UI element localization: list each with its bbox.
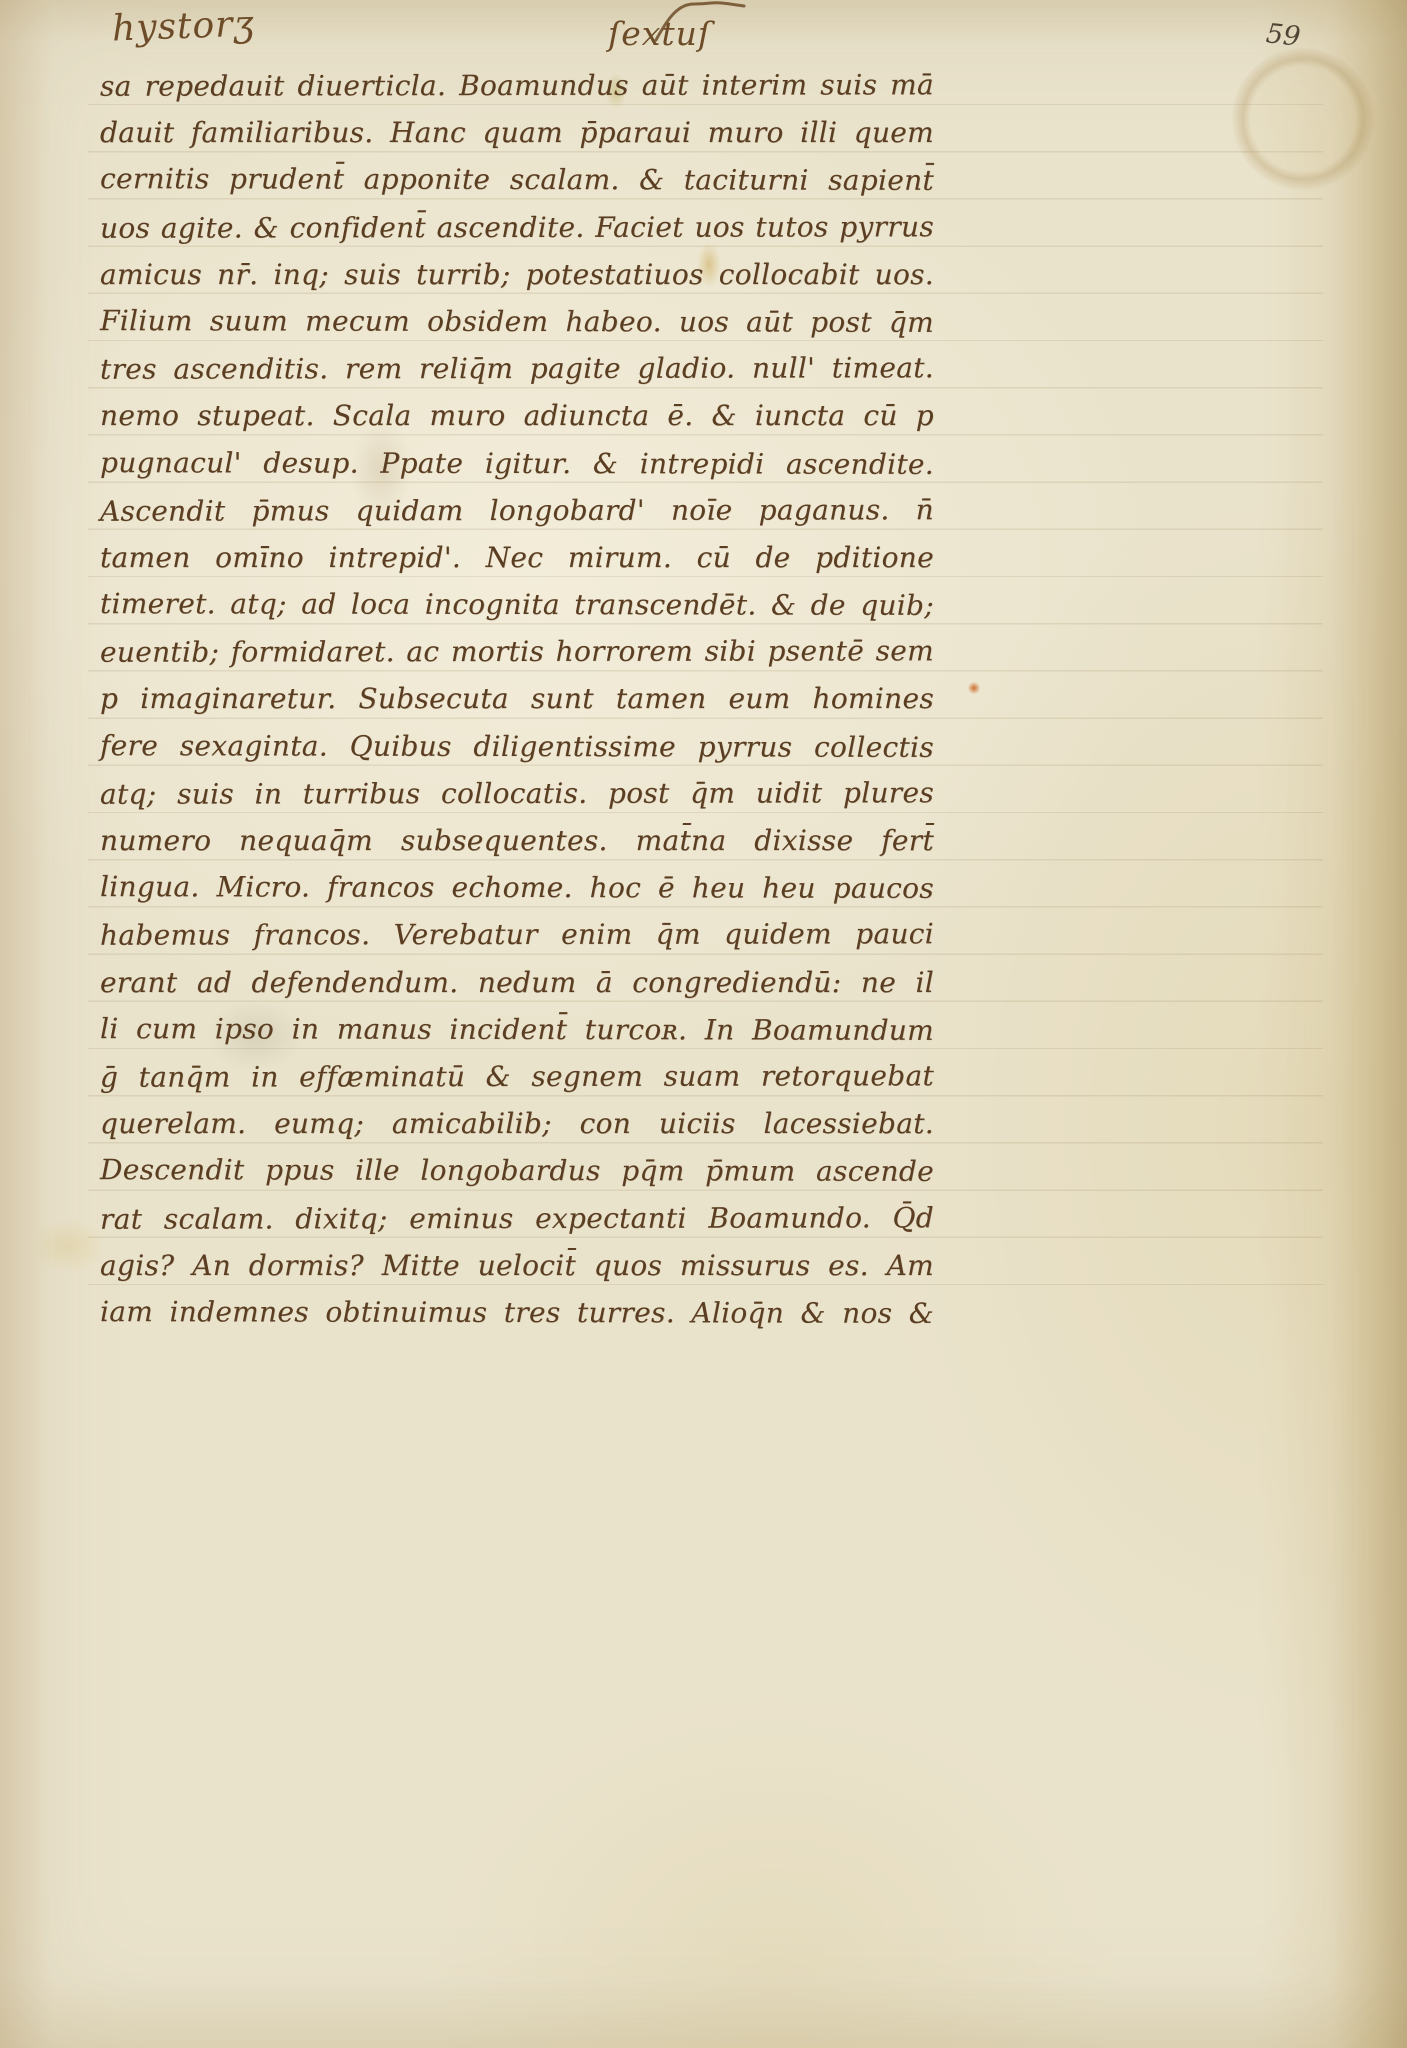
text-line: Descendit ppus ille longobardus pq̄m p̄m… [100,1146,934,1195]
text-block: sa repedauit diuerticla. Boamundus aūt i… [100,62,934,1336]
text-line: uos agite. & confident̄ ascendite. Facie… [100,203,934,252]
text-line: querelam. eumq; amicabilib; con uiciis l… [100,1100,934,1147]
orange-wax-spot [968,682,980,694]
text-line: pugnacul' desup. Ppate igitur. & intrepi… [100,439,934,488]
text-line: rat scalam. dixitq; eminus expectanti Bo… [100,1194,934,1243]
manuscript-page: hystorʒ ſextuſ 59 sa repedauit diuerticl… [0,0,1407,2048]
text-line: habemus francos. Verebatur enim q̄m quid… [100,911,934,960]
text-line: dauit familiaribus. Hanc quam p̄paraui m… [100,109,934,156]
text-line: erant ad defendendum. nedum ā congredien… [100,959,934,1006]
pen-flourish-icon [648,0,768,42]
text-line: numero nequaq̄m subsequentes. mat̄na dix… [100,817,934,864]
text-line: ḡ tanq̄m in effæminatū & segnem suam ret… [100,1052,934,1101]
text-line: agis? An dormis? Mitte uelocit̄ quos mis… [100,1242,934,1289]
text-line: fere sexaginta. Quibus diligentissime py… [100,722,934,771]
text-line: Ascendit p̄mus quidam longobard' noīe pa… [100,486,934,535]
yellow-stain [30,1218,106,1274]
text-line: sa repedauit diuerticla. Boamundus aūt i… [100,61,934,110]
ring-stain [1232,48,1374,190]
text-line: cernitis prudent̄ apponite scalam. & tac… [100,156,934,205]
text-line: amicus nr̄. inq; suis turrib; potestatiu… [100,251,934,298]
text-line: timeret. atq; ad loca incognita transcen… [100,580,934,629]
text-line: atq; suis in turribus collocatis. post q… [100,769,934,818]
text-line: tamen omīno intrepid'. Nec mirum. cū de … [100,534,934,581]
text-line: iam indemnes obtinuimus tres turres. Ali… [100,1288,934,1337]
text-line: p imaginaretur. Subsecuta sunt tamen eum… [100,675,934,722]
text-line: tres ascenditis. rem reliq̄m pagite glad… [100,344,934,393]
text-line: nemo stupeat. Scala muro adiuncta ē. & i… [100,392,934,439]
text-line: euentib; formidaret. ac mortis horrorem … [100,628,934,677]
text-line: Filium suum mecum obsidem habeo. uos aūt… [100,297,934,346]
folio-number: 59 [1264,18,1301,52]
text-line: li cum ipso in manus incident̄ turcoʀ. I… [100,1005,934,1054]
page-edge-shading [1329,0,1407,2048]
text-line: lingua. Micro. francos echome. hoc ē heu… [100,863,934,912]
running-header-left: hystorʒ [111,4,255,50]
